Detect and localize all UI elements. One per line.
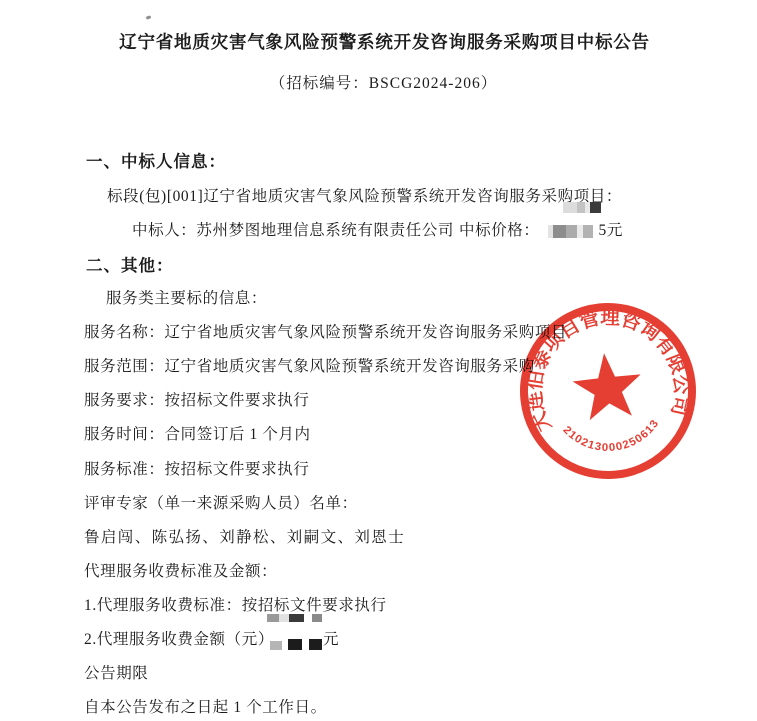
tender-number-subtitle: （招标编号：BSCG2024-206） [0,75,757,94]
service-scope-line: 服务范围：辽宁省地质灾害气象风险预警系统开发咨询服务采购 [84,358,535,377]
service-scope-label: 服务范围： [84,358,165,375]
service-requirement-line: 服务要求：按招标文件要求执行 [84,392,309,411]
page-title: 辽宁省地质灾害气象风险预警系统开发咨询服务采购项目中标公告 [0,32,757,53]
winner-name: 苏州梦图地理信息系统有限责任公司 [196,222,454,239]
notice-period-text: 自本公告发布之日起 1 个工作日。 [84,699,327,718]
service-intro: 服务类主要标的信息： [106,290,267,309]
service-time-label: 服务时间： [84,426,165,443]
service-time-value: 合同签订后 1 个月内 [165,426,311,443]
service-standard-value: 按招标文件要求执行 [165,461,310,478]
company-seal: 大连伯泰项目管理咨询有限公司 210213000250613 [498,281,718,501]
section2-heading: 二、其他： [86,256,174,276]
service-name-label: 服务名称： [84,324,165,341]
agency-amount-label: 2.代理服务收费金额（元） [84,631,274,650]
redaction-mosaic-standard [267,614,322,622]
service-time-line: 服务时间：合同签订后 1 个月内 [84,426,311,445]
agency-fee-standard: 1.代理服务收费标准：按招标文件要求执行 [84,597,387,616]
lot-line: 标段(包)[001]辽宁省地质灾害气象风险预警系统开发咨询服务采购项目： [107,188,622,207]
service-standard-label: 服务标准： [84,461,165,478]
redaction-mosaic-lot [563,202,601,213]
service-requirement-value: 按招标文件要求执行 [165,392,310,409]
price-label: 中标价格： [459,222,540,241]
service-standard-line: 服务标准：按招标文件要求执行 [84,461,309,480]
service-name-line: 服务名称：辽宁省地质灾害气象风险预警系统开发咨询服务采购项目 [84,324,567,343]
notice-period-heading: 公告期限 [84,665,148,684]
section1-heading: 一、中标人信息： [86,152,226,172]
agency-fee-heading: 代理服务收费标准及金额： [84,563,277,582]
experts-heading: 评审专家（单一来源采购人员）名单： [84,495,358,514]
price-suffix: 5元 [599,222,623,241]
redaction-mosaic-amount [270,639,322,650]
document-page: 辽宁省地质灾害气象风险预警系统开发咨询服务采购项目中标公告 （招标编号：BSCG… [0,0,757,721]
seal-number-text: 210213000250613 [560,414,665,459]
redaction-mosaic-price [548,225,593,238]
price-line: 中标价格： 5元 [459,222,623,241]
agency-amount-suffix: 元 [323,631,339,650]
service-requirement-label: 服务要求： [84,392,165,409]
winner-line: 中标人：苏州梦图地理信息系统有限责任公司 [132,222,454,241]
winner-label: 中标人： [132,222,196,239]
service-scope-value: 辽宁省地质灾害气象风险预警系统开发咨询服务采购 [165,358,535,375]
experts-names: 鲁启闯、陈弘扬、刘静松、刘嗣文、刘恩士 [84,529,405,548]
seal-star-icon [570,350,645,422]
scan-speck [146,15,152,20]
